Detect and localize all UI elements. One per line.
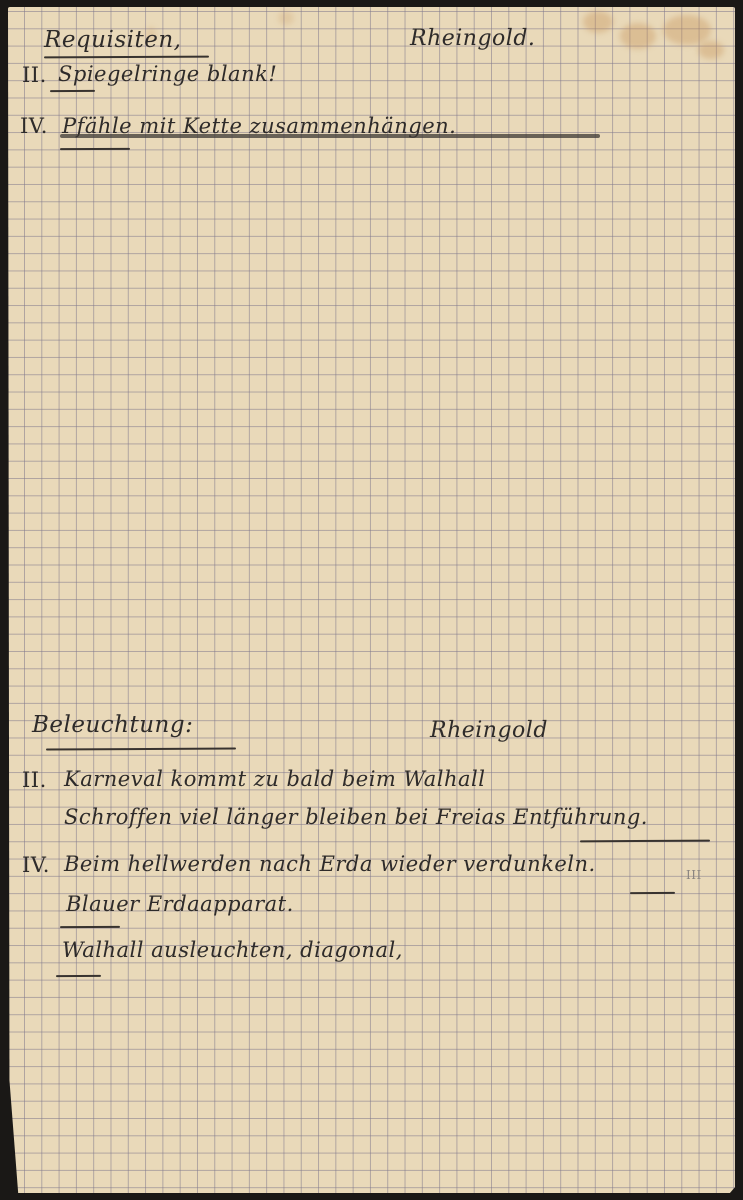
heading-beleuchtung: Beleuchtung:	[32, 712, 193, 738]
item-number: IV.	[22, 853, 50, 877]
margin-mark: III	[686, 868, 702, 882]
grid-paper-sheet	[8, 7, 735, 1193]
item-number: II.	[22, 63, 47, 87]
heading-requisiten: Requisiten,	[44, 27, 181, 53]
stain	[620, 23, 656, 49]
beleuchtung-line: Schroffen viel länger bleiben bei Freias…	[64, 805, 648, 829]
word-underline	[60, 926, 120, 928]
strikethrough	[60, 134, 600, 138]
item-number: II.	[22, 768, 47, 792]
requisiten-item-text: Spiegelringe blank!	[58, 62, 277, 86]
stain	[663, 15, 711, 45]
title-rheingold-top: Rheingold.	[410, 26, 535, 51]
beleuchtung-line: Blauer Erdaapparat.	[66, 892, 294, 916]
word-underline	[630, 892, 675, 894]
beleuchtung-line: Beim hellwerden nach Erda wieder verdunk…	[64, 852, 596, 876]
beleuchtung-line: Walhall ausleuchten, diagonal,	[62, 938, 403, 962]
word-underline	[60, 148, 130, 150]
item-number: IV.	[20, 114, 48, 138]
beleuchtung-line: Karneval kommt zu bald beim Walhall	[64, 767, 486, 791]
title-rheingold-bottom: Rheingold	[430, 718, 548, 743]
stain	[583, 11, 613, 33]
word-underline	[56, 975, 101, 977]
stain	[278, 11, 294, 25]
stain	[698, 41, 724, 59]
word-underline	[50, 90, 95, 92]
